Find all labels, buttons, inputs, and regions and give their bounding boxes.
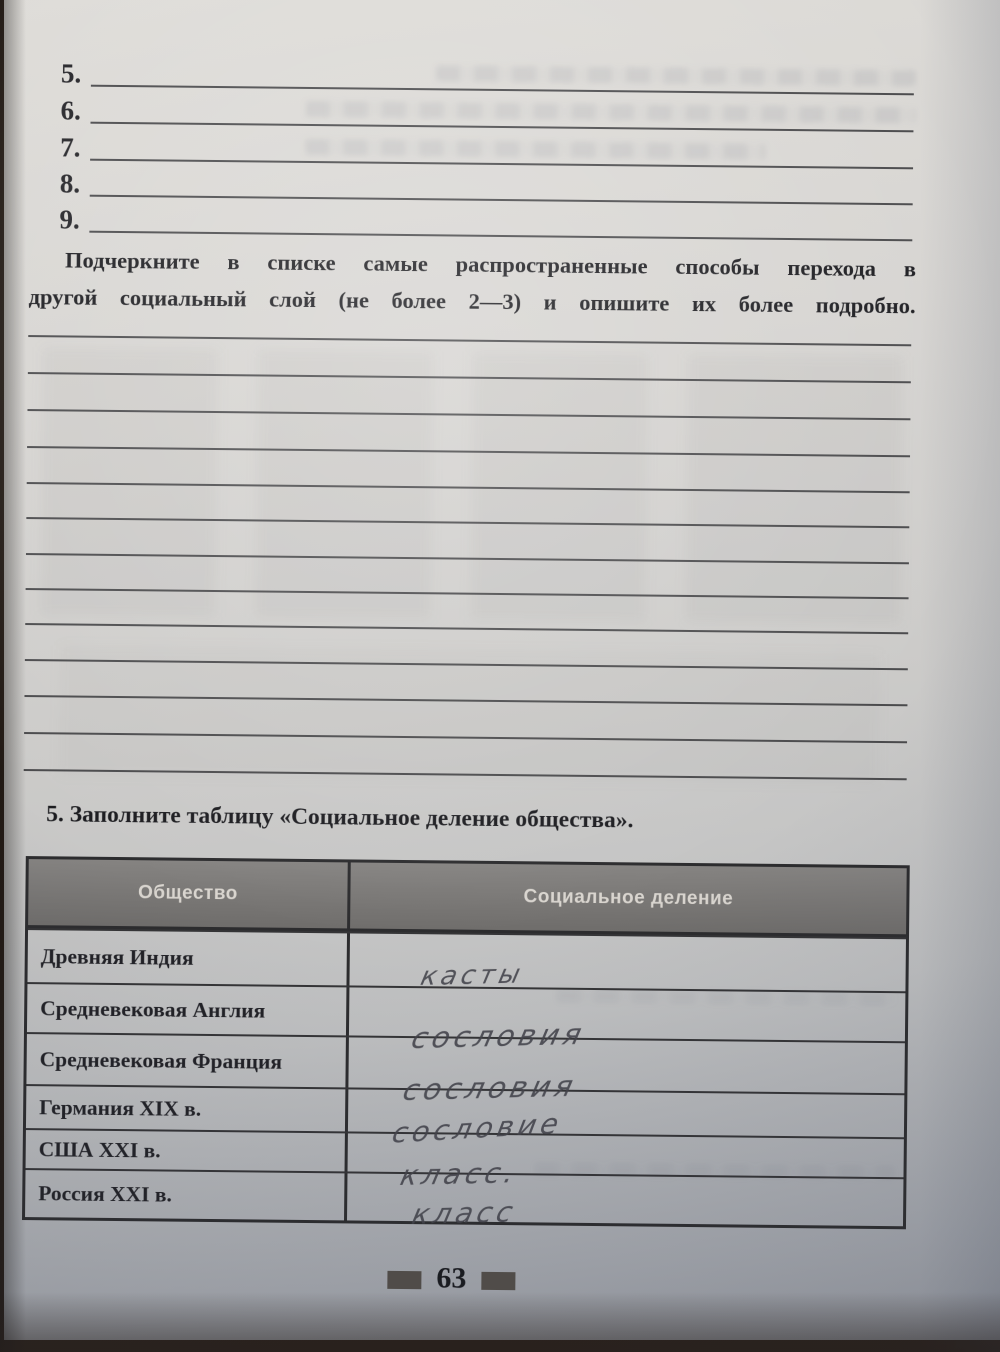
list-number: 5. [61, 60, 82, 86]
page-content: 5. 6. 7. 8. 9. Подчеркните в списке самы… [0, 0, 1000, 1352]
page-footer: 63 [387, 1261, 515, 1296]
society-table: Общество Социальное деление Древняя Инди… [22, 856, 910, 1229]
answer-line [26, 553, 909, 564]
answer-line [26, 517, 909, 528]
page-number: 63 [436, 1261, 466, 1295]
society-cell: Россия XXI в. [25, 1170, 347, 1220]
division-cell: касты [349, 933, 906, 991]
answer-line [27, 409, 910, 420]
table-row: Россия XXI в. класс [25, 1168, 903, 1226]
table-row: Средневековая Англия сословия [27, 982, 905, 1041]
answer-line [24, 732, 907, 743]
footer-ornament-left [387, 1271, 421, 1289]
table-row: Древняя Индия касты [27, 928, 906, 991]
answer-line [91, 53, 914, 96]
division-cell: сословие [348, 1089, 904, 1137]
division-cell: класс. [348, 1133, 904, 1177]
division-cell: сословия [348, 1037, 904, 1093]
table-header-division: Социальное деление [350, 862, 907, 934]
numbered-blank-6: 6. [60, 91, 913, 132]
instruction-paragraph: Подчеркните в списке самые распространен… [28, 241, 916, 324]
society-cell: Средневековая Франция [26, 1034, 349, 1087]
answer-line [28, 372, 911, 383]
list-number: 7. [60, 134, 81, 160]
answer-line [90, 163, 913, 206]
division-cell: сословия [349, 987, 905, 1041]
list-number: 9. [59, 206, 80, 232]
list-number: 6. [60, 97, 81, 123]
answer-line [90, 199, 913, 242]
answer-line [28, 335, 911, 346]
footer-ornament-right [481, 1272, 515, 1290]
society-cell: США XXI в. [26, 1130, 348, 1171]
numbered-blank-5: 5. [61, 54, 914, 95]
answer-line [25, 659, 908, 670]
handwritten-answer: класс [409, 1195, 520, 1230]
answer-line [27, 482, 910, 493]
table-row: Средневековая Франция сословия [26, 1032, 904, 1093]
division-cell: класс [347, 1173, 903, 1226]
answer-line [91, 90, 914, 133]
task-heading: 5. Заполните таблицу «Социальное деление… [46, 801, 633, 834]
answer-line [24, 769, 907, 780]
society-cell: Средневековая Англия [27, 984, 349, 1035]
instruction-line: другой социальный слой (не более 2—3) и … [28, 278, 915, 324]
society-cell: Германия XIX в. [26, 1086, 348, 1131]
table-header-society: Общество [28, 859, 351, 928]
answer-line [27, 446, 910, 457]
handwritten-answer: касты [418, 960, 527, 992]
answer-line [25, 623, 908, 634]
answer-line [90, 127, 913, 170]
table-header-row: Общество Социальное деление [28, 859, 907, 937]
society-cell: Древняя Индия [27, 930, 350, 985]
answer-line [26, 588, 909, 599]
list-number: 8. [60, 170, 81, 196]
answer-line [24, 695, 907, 706]
workbook-photo: 5. 6. 7. 8. 9. Подчеркните в списке самы… [0, 0, 1000, 1352]
numbered-blank-9: 9. [59, 200, 912, 241]
